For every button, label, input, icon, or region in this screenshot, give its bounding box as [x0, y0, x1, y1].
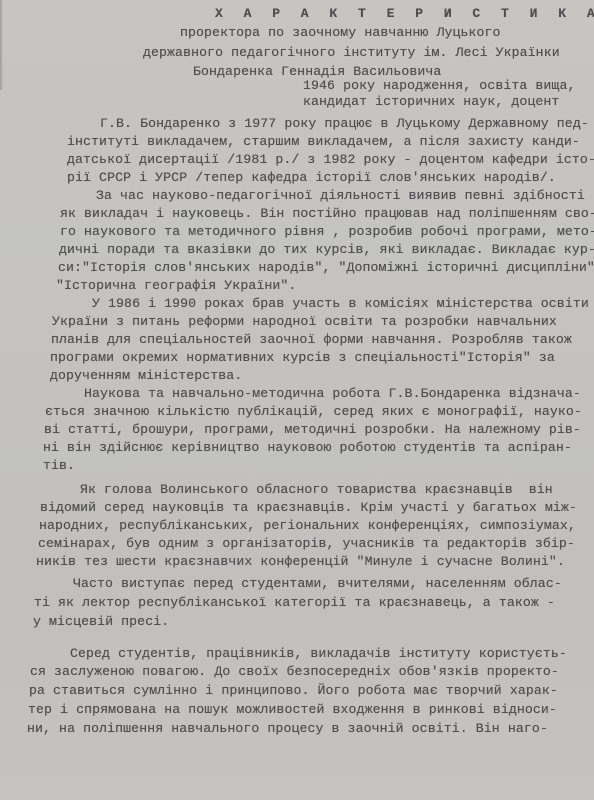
body-line: У 1986 і 1990 роках брав участь в комісі… [92, 296, 589, 312]
body-line: ві статті, брошури, програми, методичні … [44, 422, 581, 438]
body-line: як викладач і науковець. Він постійно пр… [60, 206, 594, 222]
body-line: го наукового та методичного рівня , розр… [60, 224, 594, 240]
body-line: ті як лектор республіканської категорії … [34, 595, 555, 611]
body-line: Г.В. Бондаренко з 1977 року працює в Луц… [100, 116, 589, 132]
info-line: 1946 року народження, освіта вища, [303, 78, 575, 94]
body-line: планів для спеціальностей заочної форми … [51, 332, 572, 348]
body-line: тів. [43, 458, 75, 474]
body-line: України з питань реформи народної освіти… [52, 314, 557, 330]
body-line: ся заслуженою повагою. До своїх безпосер… [30, 664, 559, 680]
body-line: ників тез шести краєзнавчих конференцій … [36, 554, 565, 570]
document-page: Х А Р А К Т Е Р И С Т И К А проректора п… [0, 0, 594, 800]
body-line: рії СРСР і УРСР /тепер кафедра історії с… [67, 170, 556, 186]
body-line: програми окремих нормативних курсів з сп… [50, 350, 555, 366]
body-line: у місцевій пресі. [33, 614, 169, 630]
body-line: дорученням міністерства. [50, 368, 242, 384]
body-line: народних, республіканських, регіональних… [39, 518, 576, 534]
info-line: кандидат історичних наук, доцент [303, 94, 559, 110]
header-line: державного педагогічного інституту ім. Л… [143, 45, 560, 61]
body-line: ни, на поліпшення навчального процесу в … [27, 721, 548, 737]
header-line: проректора по заочному навчанню Луцького [180, 25, 501, 41]
body-line: дичні поради та вказівки до тих курсів, … [59, 242, 594, 258]
body-line: інституті викладачем, старшим викладачем… [67, 134, 580, 150]
body-line: датської дисертації /1981 р./ з 1982 рок… [67, 152, 594, 168]
body-line: Наукова та навчально-методична робота Г.… [84, 386, 581, 402]
body-line: За час науково-педагогічної діяльності в… [96, 188, 585, 204]
body-line: тер і спрямована на пошук можливостей вх… [28, 702, 557, 718]
body-line: ні він здійснює керівництво науковою роб… [43, 440, 572, 456]
body-line: "Історична географія України". [56, 278, 296, 294]
body-line: Як голова Волинського обласного товарист… [80, 482, 553, 498]
document-title: Х А Р А К Т Е Р И С Т И К А [215, 6, 594, 22]
body-line: Серед студентів, працівників, викладачів… [70, 646, 567, 662]
body-line: ється значною кількістю публікацій, сере… [45, 404, 582, 420]
body-line: си:"Історія слов'янських народів", "Допо… [58, 260, 594, 276]
body-line: семінарах, був одним з організаторів, уч… [38, 536, 575, 552]
body-line: відомий серед науковців та краєзнавців. … [40, 500, 577, 516]
body-line: ра ставиться сумлінно і принципово. Його… [29, 683, 558, 699]
body-line: Часто виступає перед студентами, вчителя… [73, 576, 562, 592]
